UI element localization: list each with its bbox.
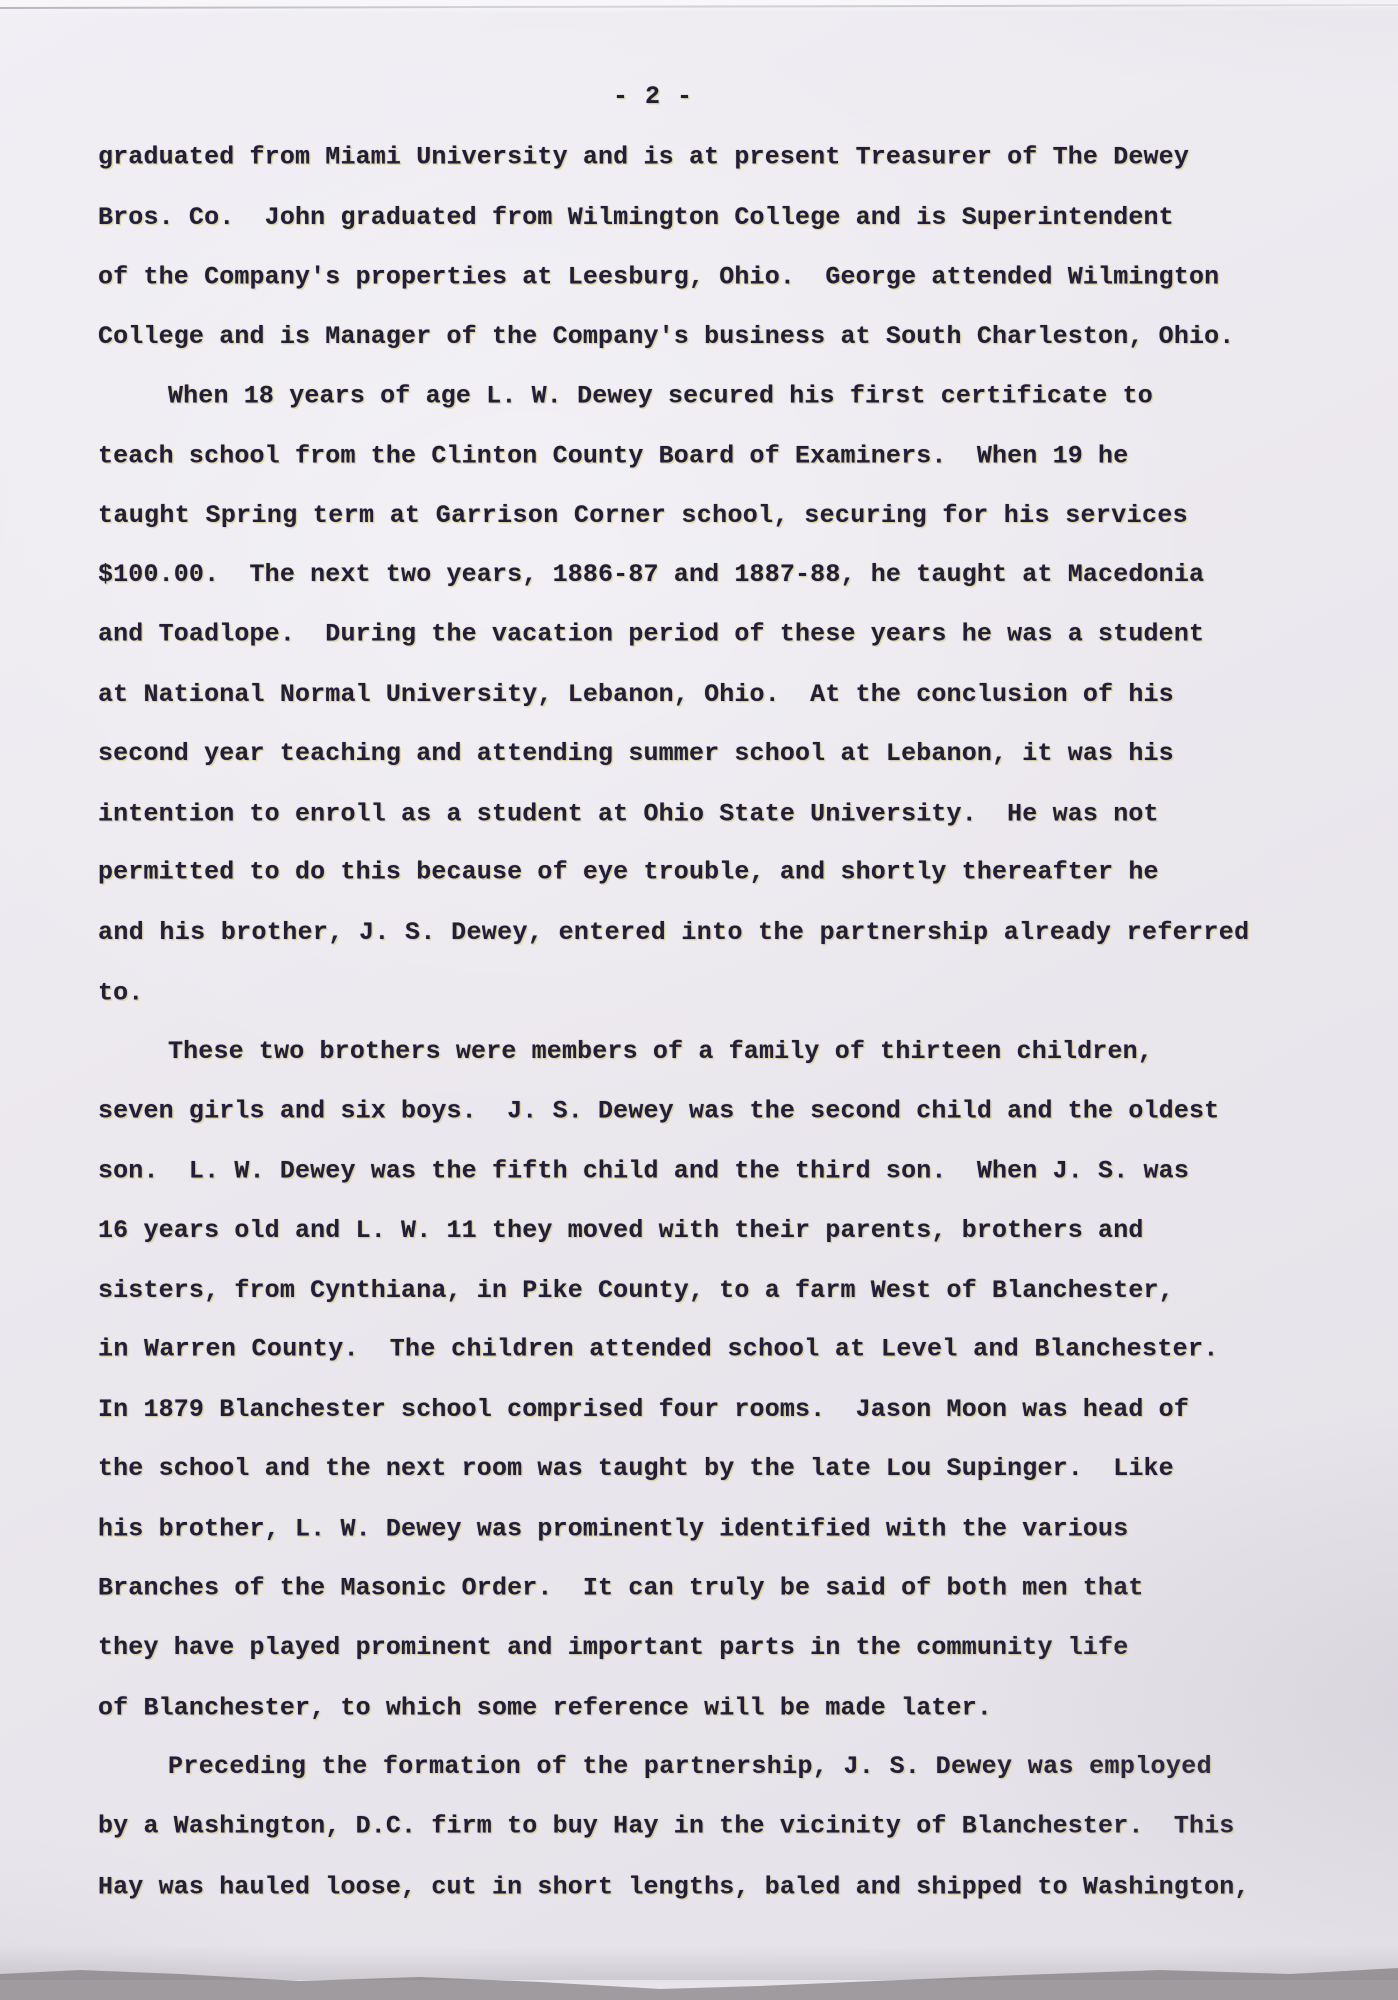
text-line: and Toadlope. During the vacation period… bbox=[98, 604, 1318, 664]
text-line: they have played prominent and important… bbox=[98, 1618, 1318, 1678]
text-line: by a Washington, D.C. firm to buy Hay in… bbox=[98, 1796, 1318, 1856]
page-number: - 2 - bbox=[613, 84, 693, 110]
text-line: 16 years old and L. W. 11 they moved wit… bbox=[98, 1201, 1318, 1261]
photo-background: - 2 - graduated from Miami University an… bbox=[0, 0, 1398, 2000]
text-line: of the Company's properties at Leesburg,… bbox=[98, 248, 1318, 308]
document-page: - 2 - graduated from Miami University an… bbox=[0, 0, 1398, 2000]
typewritten-text: graduated from Miami University and is a… bbox=[98, 128, 1318, 1916]
text-line: taught Spring term at Garrison Corner sc… bbox=[98, 486, 1318, 546]
text-line: and his brother, J. S. Dewey, entered in… bbox=[98, 903, 1318, 963]
text-line: second year teaching and attending summe… bbox=[98, 724, 1318, 784]
text-line: in Warren County. The children attended … bbox=[98, 1319, 1318, 1379]
text-line: graduated from Miami University and is a… bbox=[98, 128, 1318, 188]
text-line: his brother, L. W. Dewey was prominently… bbox=[98, 1499, 1318, 1559]
text-line: of Blanchester, to which some reference … bbox=[98, 1678, 1318, 1738]
text-line: College and is Manager of the Company's … bbox=[98, 307, 1318, 367]
text-line: at National Normal University, Lebanon, … bbox=[98, 664, 1318, 724]
text-line: Branches of the Masonic Order. It can tr… bbox=[98, 1558, 1318, 1618]
text-line: Hay was hauled loose, cut in short lengt… bbox=[98, 1857, 1318, 1917]
text-line: to. bbox=[98, 963, 1318, 1023]
text-line: Preceding the formation of the partnersh… bbox=[98, 1737, 1318, 1797]
text-line: intention to enroll as a student at Ohio… bbox=[98, 784, 1318, 844]
text-line: These two brothers were members of a fam… bbox=[98, 1022, 1318, 1082]
text-line: When 18 years of age L. W. Dewey secured… bbox=[98, 366, 1318, 426]
text-line: $100.00. The next two years, 1886-87 and… bbox=[98, 545, 1318, 605]
text-line: Bros. Co. John graduated from Wilmington… bbox=[98, 188, 1318, 248]
text-line: sisters, from Cynthiana, in Pike County,… bbox=[98, 1260, 1318, 1320]
text-line: son. L. W. Dewey was the fifth child and… bbox=[98, 1142, 1318, 1202]
text-line: the school and the next room was taught … bbox=[98, 1439, 1318, 1499]
text-line: permitted to do this because of eye trou… bbox=[98, 843, 1318, 903]
text-line: teach school from the Clinton County Boa… bbox=[98, 427, 1318, 487]
text-line: In 1879 Blanchester school comprised fou… bbox=[98, 1379, 1318, 1439]
text-line: seven girls and six boys. J. S. Dewey wa… bbox=[98, 1081, 1318, 1141]
